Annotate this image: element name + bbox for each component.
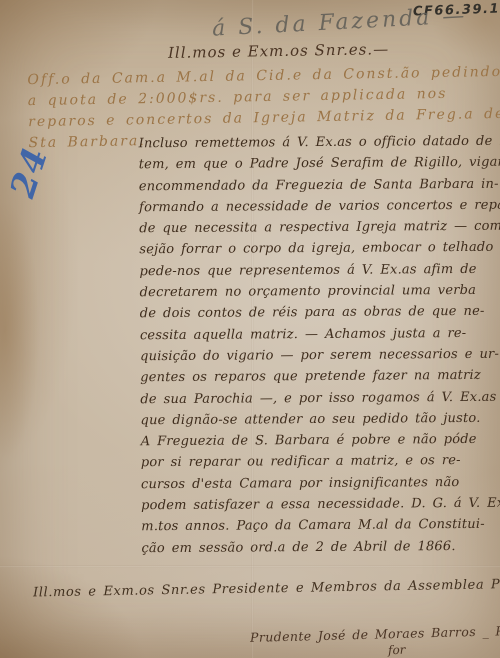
body-line: Incluso remettemos á V. Ex.as o officio … — [139, 131, 495, 155]
body-line: cursos d'esta Camara por insignificantes… — [141, 472, 497, 496]
signature-line: Prudente José de Moraes Barros _ Prez.de — [250, 622, 500, 645]
body-line: ção em sessão ord.a de 2 de Abril de 186… — [141, 535, 497, 559]
letter-body: Incluso remettemos á V. Ex.as o officio … — [139, 131, 498, 559]
body-line: de que necessita a respectiva Igreja mat… — [139, 216, 495, 240]
body-line: m.tos annos. Paço da Camara M.al da Cons… — [141, 514, 497, 538]
body-line: decretarem no orçamento provincial uma v… — [140, 280, 496, 304]
archivist-blue-number: 24 — [3, 141, 57, 202]
body-line: cessita aquella matriz. — Achamos justa … — [140, 322, 496, 346]
body-line: encommendado da Freguezia de Santa Barba… — [139, 173, 495, 197]
addressee-line: Ill.mos e Exm.os Snr.es Presidente e Mem… — [33, 577, 500, 601]
signature-flourish: for — [388, 643, 406, 658]
body-line: gentes os reparos que pretende fazer na … — [140, 365, 496, 389]
paper-stain-left — [0, 200, 40, 460]
body-line: tem, em que o Padre José Serafim de Rigi… — [139, 152, 495, 176]
body-line: por si reparar ou redificar a matriz, e … — [141, 450, 497, 474]
body-line: A Freguezia de S. Barbara é pobre e não … — [141, 429, 497, 453]
body-line: quisição do vigario — por serem necessar… — [140, 344, 496, 368]
pencil-routing-annotation: á S. da Fazenda — — [212, 3, 468, 41]
manuscript-page: CF66.39.1 á S. da Fazenda — Ill.mos e Ex… — [0, 0, 500, 658]
salutation-line: Ill.mos e Exm.os Snr.es.— — [168, 40, 389, 62]
paper-fold-horizontal — [0, 565, 500, 568]
body-line: sejão forrar o corpo da igreja, embocar … — [139, 237, 495, 261]
body-line: podem satisfazer a essa necessidade. D. … — [141, 493, 497, 517]
body-line: pede-nos que representemos á V. Ex.as af… — [139, 259, 495, 283]
body-line: formando a necessidade de varios concert… — [139, 195, 495, 219]
body-line: de sua Parochia —, e por isso rogamos á … — [140, 386, 496, 410]
body-line: de dois contos de réis para as obras de … — [140, 301, 496, 325]
body-line: que dignão-se attender ao seu pedido tão… — [140, 408, 496, 432]
